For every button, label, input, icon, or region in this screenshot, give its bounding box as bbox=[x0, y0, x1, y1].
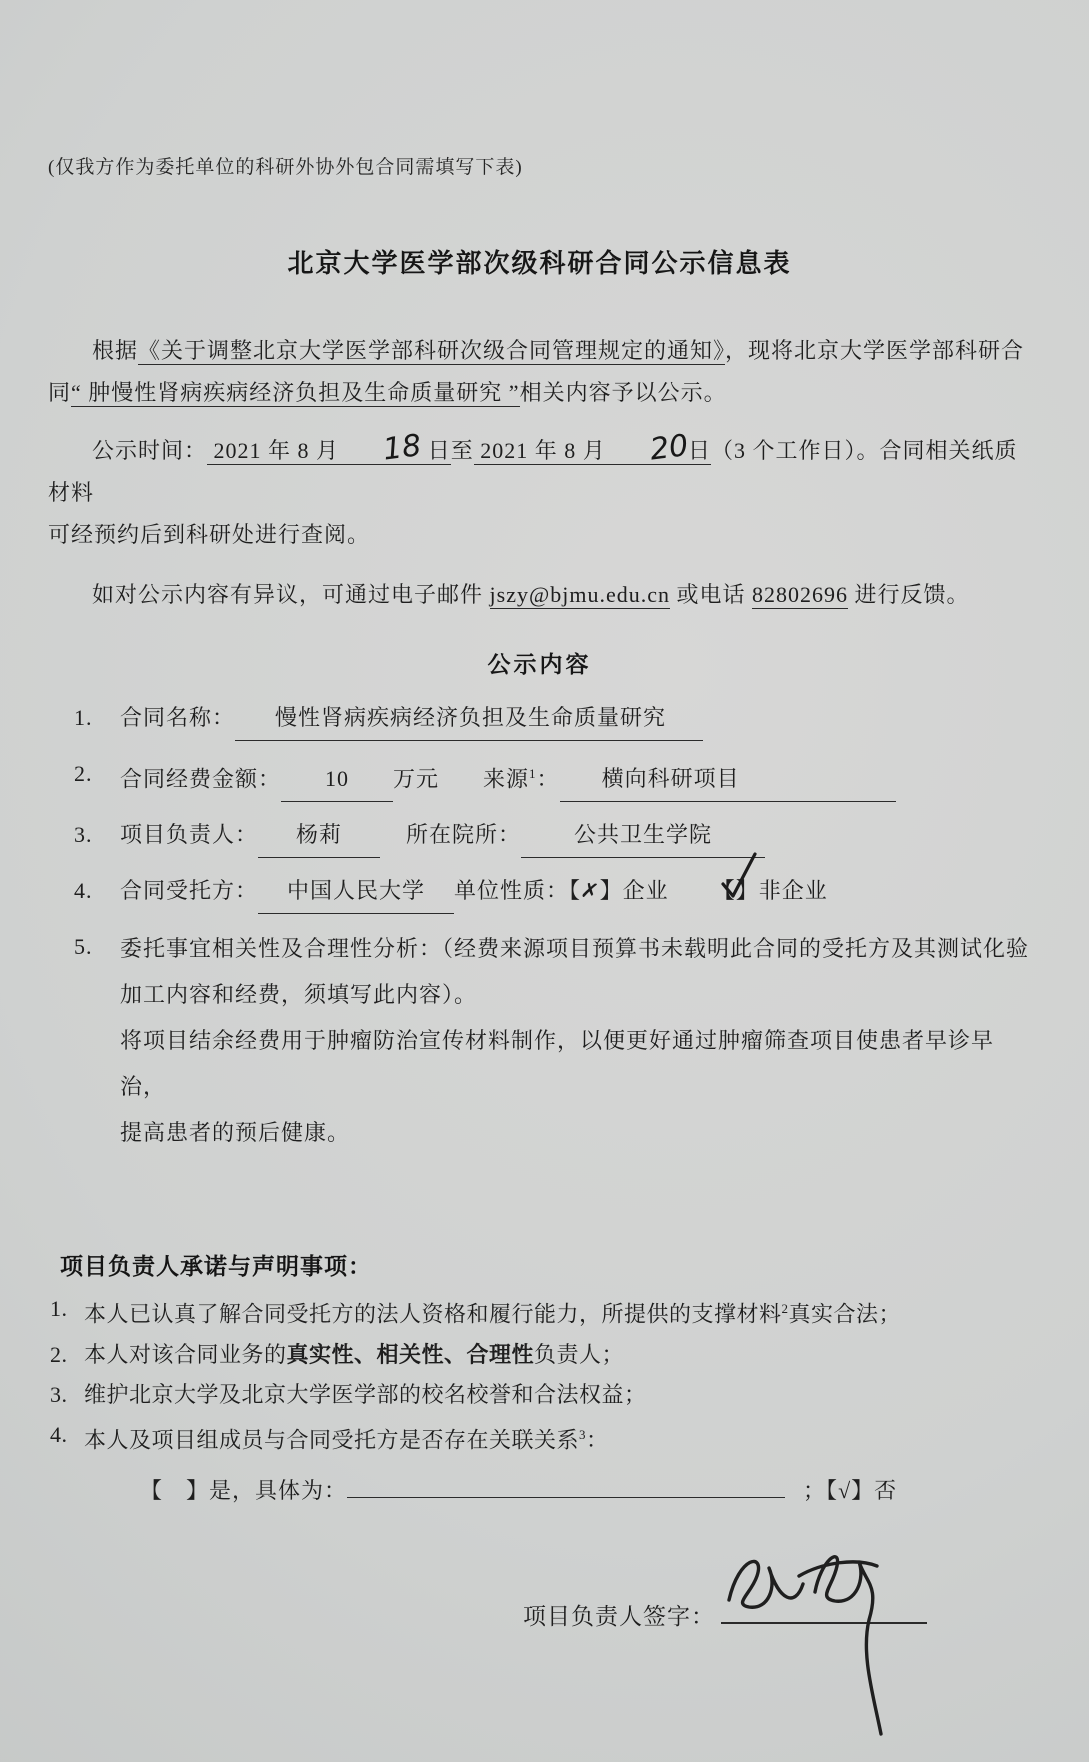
start-date-field: 2021 年 8 月18 日 bbox=[207, 438, 451, 465]
end-date-printed: 2021 年 8 月 bbox=[474, 438, 606, 463]
no-check-mark: √ bbox=[838, 1478, 851, 1503]
publicity-line2: 可经预约后到科研处进行查阅。 bbox=[48, 522, 370, 547]
handwritten-check-icon bbox=[719, 848, 759, 902]
leader-name-value: 杨莉 bbox=[258, 814, 380, 858]
item-number: 1. bbox=[50, 1289, 84, 1334]
declaration-text-pre: 本人及项目组成员与合同受托方是否存在关联关系 bbox=[84, 1427, 579, 1452]
relation-separator: ； bbox=[803, 1478, 826, 1503]
contract-name-field-group: 合同名称：慢性肾病疾病经济负担及生命质量研究 bbox=[120, 697, 1031, 741]
trustee-field-group: 合同受托方：中国人民大学单位性质：【✗】企业【】非企业 bbox=[120, 870, 1031, 914]
bracket-close: 】 bbox=[851, 1478, 874, 1503]
end-date-unit: 日 bbox=[688, 438, 711, 463]
item-number: 4. bbox=[74, 870, 120, 914]
item-number: 5. bbox=[74, 926, 120, 1156]
declaration-text-post: ： bbox=[586, 1427, 609, 1452]
project-leader-field-group: 项目负责人：杨莉所在院所：公共卫生学院 bbox=[120, 814, 1031, 858]
enterprise-label: 企业 bbox=[623, 878, 669, 903]
handwritten-start-day: 18 bbox=[338, 436, 422, 466]
analysis-line: 委托事宜相关性及合理性分析：（经费来源项目预算书未载明此合同的受托方及其测试化验 bbox=[120, 926, 1031, 972]
handwritten-end-day: 20 bbox=[605, 436, 689, 466]
signature-scrawl bbox=[715, 1526, 925, 1738]
declaration-text-pre: 本人对该合同业务的 bbox=[84, 1342, 287, 1367]
enterprise-checkbox: 【✗】 bbox=[569, 878, 623, 903]
feedback-middle: 或电话 bbox=[670, 582, 752, 607]
declaration-text-post: 真实合法； bbox=[789, 1302, 902, 1327]
footnote-mark: 3 bbox=[579, 1427, 586, 1442]
contract-name-inline: 肿慢性肾病疾病经济负担及生命质量研究 bbox=[88, 380, 502, 405]
feedback-paragraph: 如对公示内容有异议，可通过电子邮件 jszy@bjmu.edu.cn 或电话 8… bbox=[48, 574, 1031, 616]
declaration-item-2: 2. 本人对该合同业务的真实性、相关性、合理性负责人； bbox=[48, 1335, 1031, 1375]
footnote-mark: 2 bbox=[782, 1301, 789, 1316]
publicity-time-paragraph: 公示时间： 2021 年 8 月18 日至 2021 年 8 月20日（3 个工… bbox=[48, 430, 1031, 556]
contract-amount-field-group: 合同经费金额：10万元来源1：横向科研项目 bbox=[120, 753, 1031, 802]
signature-line bbox=[721, 1618, 927, 1624]
amount-label: 合同经费金额： bbox=[120, 766, 281, 791]
trustee-row: 4. 合同受托方：中国人民大学单位性质：【✗】企业【】非企业 bbox=[48, 870, 1031, 914]
declaration-text-pre: 本人已认真了解合同受托方的法人资格和履行能力，所提供的支撑材料 bbox=[84, 1302, 782, 1327]
declaration-emphasis: 真实性、相关性、合理性 bbox=[287, 1342, 535, 1367]
leader-label: 项目负责人： bbox=[120, 822, 258, 847]
item-number: 3. bbox=[74, 814, 120, 858]
content-section-heading: 公示内容 bbox=[48, 646, 1031, 679]
amount-unit: 万元 bbox=[393, 766, 439, 791]
bracket-close: 】 bbox=[600, 878, 623, 903]
quote-close: ” bbox=[502, 380, 519, 405]
no-label: 否 bbox=[874, 1478, 897, 1503]
source-colon: ： bbox=[537, 766, 560, 791]
item-number: 1. bbox=[74, 697, 120, 741]
enterprise-cross-mark: ✗ bbox=[578, 869, 604, 914]
analysis-paren-note-2: 加工内容和经费，须填写此内容）。 bbox=[120, 972, 1031, 1018]
source-footnote-mark: 1 bbox=[529, 766, 537, 781]
yes-checkbox: 【 】 bbox=[140, 1478, 209, 1503]
intro-lead: 根据 bbox=[92, 338, 138, 363]
declaration-text: 维护北京大学及北京大学医学部的校名校誉和合法权益； bbox=[84, 1375, 1031, 1415]
signature-label: 项目负责人签字： bbox=[523, 1598, 715, 1631]
feedback-email: jszy@bjmu.edu.cn bbox=[490, 582, 670, 609]
bracket-open: 【 bbox=[826, 1478, 838, 1503]
source-value: 横向科研项目 bbox=[560, 758, 896, 802]
feedback-tail: 进行反馈。 bbox=[848, 582, 970, 607]
analysis-row: 5. 委托事宜相关性及合理性分析：（经费来源项目预算书未载明此合同的受托方及其测… bbox=[48, 926, 1031, 1156]
document-page: (仅我方作为委托单位的科研外协外包合同需填写下表) 北京大学医学部次级科研合同公… bbox=[0, 0, 1089, 1762]
trustee-label: 合同受托方： bbox=[120, 878, 258, 903]
no-checkbox: 【√】 bbox=[826, 1478, 874, 1503]
declaration-item-1: 1. 本人已认真了解合同受托方的法人资格和履行能力，所提供的支撑材料2真实合法； bbox=[48, 1289, 1031, 1334]
relation-answer-line: 【 】是，具体为：；【√】否 bbox=[48, 1470, 1031, 1512]
item-number: 2. bbox=[50, 1335, 84, 1375]
nature-label: 单位性质： bbox=[454, 878, 569, 903]
declaration-text: 本人对该合同业务的真实性、相关性、合理性负责人； bbox=[84, 1335, 1031, 1375]
contract-name-quoted: “ 肿慢性肾病疾病经济负担及生命质量研究 ” bbox=[71, 380, 520, 407]
declaration-item-4: 4. 本人及项目组成员与合同受托方是否存在关联关系3： bbox=[48, 1415, 1031, 1460]
form-title: 北京大学医学部次级科研合同公示信息表 bbox=[48, 243, 1031, 280]
analysis-field-group: 委托事宜相关性及合理性分析：（经费来源项目预算书未载明此合同的受托方及其测试化验… bbox=[120, 926, 1031, 1156]
source-label: 来源 bbox=[483, 766, 529, 791]
item-number: 2. bbox=[74, 753, 120, 802]
notice-title-link: 《关于调整北京大学医学部科研次级合同管理规定的通知》 bbox=[138, 338, 725, 365]
analysis-body-2: 提高患者的预后健康。 bbox=[120, 1110, 1031, 1156]
non-enterprise-label: 非企业 bbox=[759, 878, 828, 903]
amount-value: 10 bbox=[281, 758, 393, 802]
dept-label: 所在院所： bbox=[406, 822, 521, 847]
quote-open: “ bbox=[71, 380, 88, 405]
start-date-printed: 2021 年 8 月 bbox=[207, 438, 339, 463]
declaration-section: 项目负责人承诺与声明事项： 1. 本人已认真了解合同受托方的法人资格和履行能力，… bbox=[48, 1248, 1031, 1512]
item-number: 3. bbox=[50, 1375, 84, 1415]
feedback-phone: 82802696 bbox=[752, 582, 848, 609]
end-date-field: 2021 年 8 月20日 bbox=[474, 438, 711, 465]
intro-tail: 相关内容予以公示。 bbox=[520, 380, 727, 405]
item-number: 4. bbox=[50, 1415, 84, 1460]
signature-row: 项目负责人签字： bbox=[48, 1598, 1031, 1631]
publicity-time-label: 公示时间： bbox=[92, 438, 207, 463]
declaration-text-post: 负责人； bbox=[534, 1342, 624, 1367]
analysis-label: 委托事宜相关性及合理性分析： bbox=[120, 936, 442, 961]
relation-detail-blank bbox=[347, 1475, 785, 1498]
contract-name-row: 1. 合同名称：慢性肾病疾病经济负担及生命质量研究 bbox=[48, 697, 1031, 741]
declaration-item-3: 3. 维护北京大学及北京大学医学部的校名校誉和合法权益； bbox=[48, 1375, 1031, 1415]
intro-paragraph: 根据《关于调整北京大学医学部科研次级合同管理规定的通知》，现将北京大学医学部科研… bbox=[48, 330, 1031, 414]
analysis-paren-note-1: （经费来源项目预算书未载明此合同的受托方及其测试化验 bbox=[442, 936, 1029, 961]
contract-name-value: 慢性肾病疾病经济负担及生命质量研究 bbox=[235, 697, 703, 741]
trustee-value: 中国人民大学 bbox=[258, 870, 454, 914]
scope-note: (仅我方作为委托单位的科研外协外包合同需填写下表) bbox=[48, 152, 1031, 179]
declaration-text: 本人已认真了解合同受托方的法人资格和履行能力，所提供的支撑材料2真实合法； bbox=[84, 1289, 1031, 1334]
declaration-heading: 项目负责人承诺与声明事项： bbox=[60, 1248, 1031, 1281]
contract-amount-row: 2. 合同经费金额：10万元来源1：横向科研项目 bbox=[48, 753, 1031, 802]
non-enterprise-checkbox: 【】 bbox=[713, 870, 759, 912]
yes-label: 是，具体为： bbox=[209, 1478, 347, 1503]
contract-name-label: 合同名称： bbox=[120, 705, 235, 730]
project-leader-row: 3. 项目负责人：杨莉所在院所：公共卫生学院 bbox=[48, 814, 1031, 858]
declaration-text: 本人及项目组成员与合同受托方是否存在关联关系3： bbox=[84, 1415, 1031, 1460]
analysis-body-1: 将项目结余经费用于肿瘤防治宣传材料制作，以便更好通过肿瘤筛查项目使患者早诊早治， bbox=[120, 1018, 1031, 1110]
start-date-unit: 日 bbox=[421, 438, 451, 463]
feedback-lead: 如对公示内容有异议，可通过电子邮件 bbox=[92, 582, 490, 607]
date-joiner: 至 bbox=[451, 438, 474, 463]
